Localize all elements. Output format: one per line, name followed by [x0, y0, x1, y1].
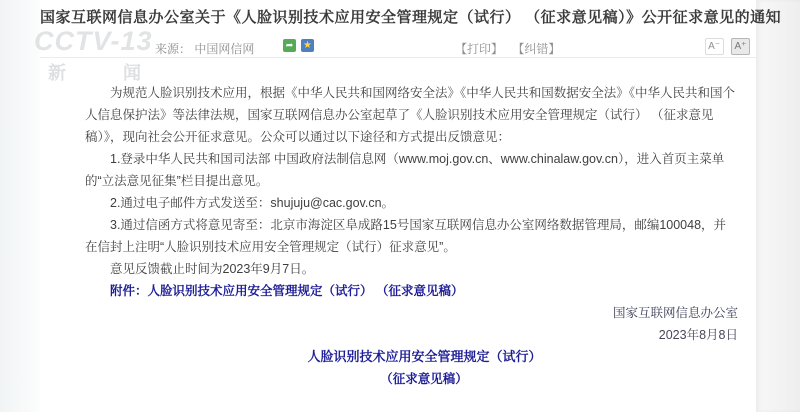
font-smaller-button[interactable]: A⁻ — [705, 38, 724, 55]
paragraph-method-1: 1.登录中华人民共和国司法部 中国政府法制信息网（www.moj.gov.cn、… — [85, 148, 738, 192]
right-edge-band — [756, 0, 800, 412]
favorite-icon[interactable]: ★ — [301, 39, 314, 52]
meta-actions: 【打印】 【纠错】 — [455, 40, 566, 57]
paragraph-intro: 为规范人脸识别技术应用，根据《中华人民共和国网络安全法》《中华人民共和国数据安全… — [85, 82, 738, 148]
article-body: 为规范人脸识别技术应用，根据《中华人民共和国网络安全法》《中华人民共和国数据安全… — [85, 82, 738, 390]
page-title: 国家互联网信息办公室关于《人脸识别技术应用安全管理规定（试行） （征求意见稿）》… — [40, 6, 756, 27]
article-meta-bar: 来源： 中国网信网 ➦ ★ 【打印】 【纠错】 A⁻ A⁺ — [40, 38, 756, 58]
error-report-button[interactable]: 【纠错】 — [512, 42, 560, 56]
regulation-title: 人脸识别技术应用安全管理规定（试行） — [85, 346, 738, 368]
font-size-controls: A⁻ A⁺ — [701, 38, 750, 55]
attachment-link[interactable]: 附件：人脸识别技术应用安全管理规定（试行） （征求意见稿） — [85, 280, 738, 302]
meta-divider — [40, 57, 756, 58]
paragraph-method-2: 2.通过电子邮件方式发送至：shujuju@cac.gov.cn。 — [85, 192, 738, 214]
paragraph-deadline: 意见反馈截止时间为2023年9月7日。 — [85, 258, 738, 280]
font-larger-button[interactable]: A⁺ — [731, 38, 750, 55]
meta-icons: ➦ ★ — [283, 39, 314, 52]
left-edge-band — [0, 0, 40, 412]
share-icon[interactable]: ➦ — [283, 39, 296, 52]
print-button[interactable]: 【打印】 — [455, 42, 503, 56]
article-source: 来源： 中国网信网 — [155, 40, 254, 57]
issue-date: 2023年8月8日 — [85, 324, 738, 346]
paragraph-method-3: 3.通过信函方式将意见寄至：北京市海淀区阜成路15号国家互联网信息办公室网络数据… — [85, 214, 738, 258]
issuing-authority: 国家互联网信息办公室 — [85, 302, 738, 324]
regulation-subtitle: （征求意见稿） — [85, 368, 738, 390]
